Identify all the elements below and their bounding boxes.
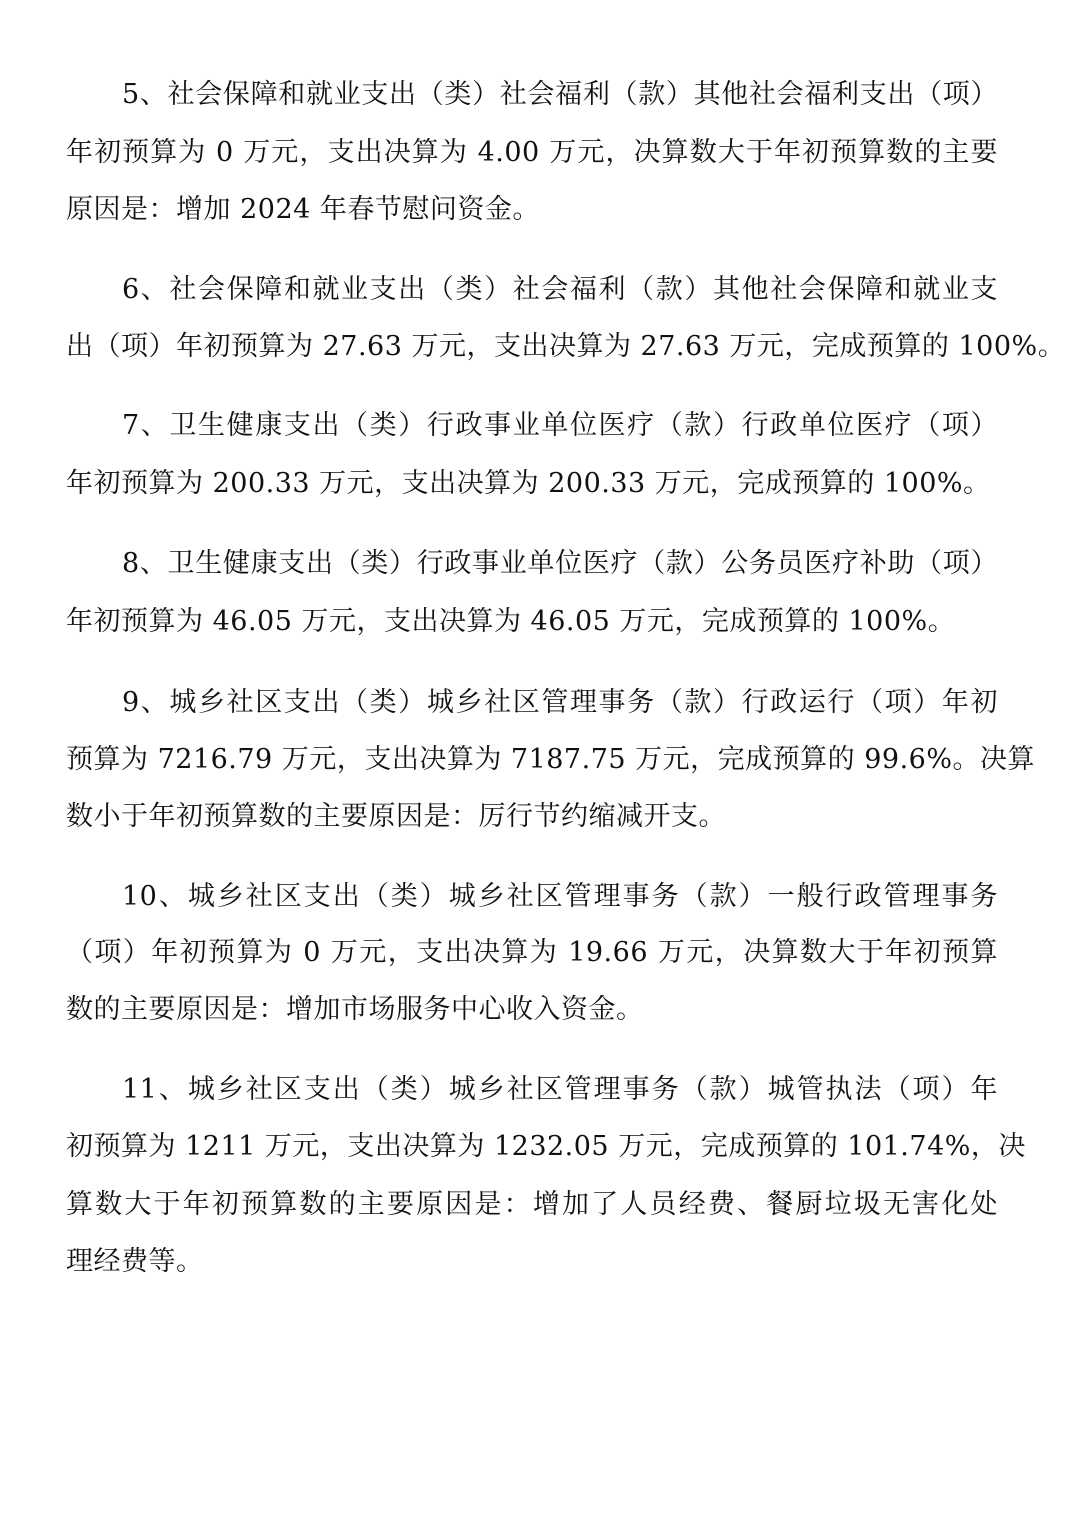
- paragraph-line: 出（项）年初预算为 27.63 万元，支出决算为 27.63 万元，完成预算的 …: [66, 327, 998, 367]
- paragraph-line: 年初预算为 46.05 万元，支出决算为 46.05 万元，完成预算的 100%…: [66, 602, 998, 642]
- paragraph-line: （项）年初预算为 0 万元，支出决算为 19.66 万元，决算数大于年初预算: [66, 933, 998, 973]
- paragraph-line: 预算为 7216.79 万元，支出决算为 7187.75 万元，完成预算的 99…: [66, 740, 998, 780]
- paragraph-line: 初预算为 1211 万元，支出决算为 1232.05 万元，完成预算的 101.…: [66, 1127, 998, 1167]
- paragraph-line: 年初预算为 200.33 万元，支出决算为 200.33 万元，完成预算的 10…: [66, 464, 998, 504]
- document-page: 5、社会保障和就业支出（类）社会福利（款）其他社会福利支出（项） 年初预算为 0…: [0, 0, 1074, 1520]
- paragraph-line: 10、城乡社区支出（类）城乡社区管理事务（款）一般行政管理事务: [122, 877, 998, 917]
- paragraph-line: 9、城乡社区支出（类）城乡社区管理事务（款）行政运行（项）年初: [122, 683, 998, 723]
- paragraph-line: 理经费等。: [66, 1242, 998, 1282]
- paragraph-line: 6、社会保障和就业支出（类）社会福利（款）其他社会保障和就业支: [122, 270, 998, 310]
- paragraph-line: 7、卫生健康支出（类）行政事业单位医疗（款）行政单位医疗（项）: [122, 406, 998, 446]
- paragraph-line: 数小于年初预算数的主要原因是：厉行节约缩减开支。: [66, 797, 998, 837]
- paragraph-line: 5、社会保障和就业支出（类）社会福利（款）其他社会福利支出（项）: [122, 75, 998, 115]
- paragraph-line: 原因是：增加 2024 年春节慰问资金。: [66, 190, 998, 230]
- paragraph-line: 11、城乡社区支出（类）城乡社区管理事务（款）城管执法（项）年: [122, 1070, 998, 1110]
- paragraph-line: 年初预算为 0 万元，支出决算为 4.00 万元，决算数大于年初预算数的主要: [66, 133, 998, 173]
- paragraph-line: 算数大于年初预算数的主要原因是：增加了人员经费、餐厨垃圾无害化处: [66, 1185, 998, 1225]
- paragraph-line: 8、卫生健康支出（类）行政事业单位医疗（款）公务员医疗补助（项）: [122, 544, 998, 584]
- paragraph-line: 数的主要原因是：增加市场服务中心收入资金。: [66, 990, 998, 1030]
